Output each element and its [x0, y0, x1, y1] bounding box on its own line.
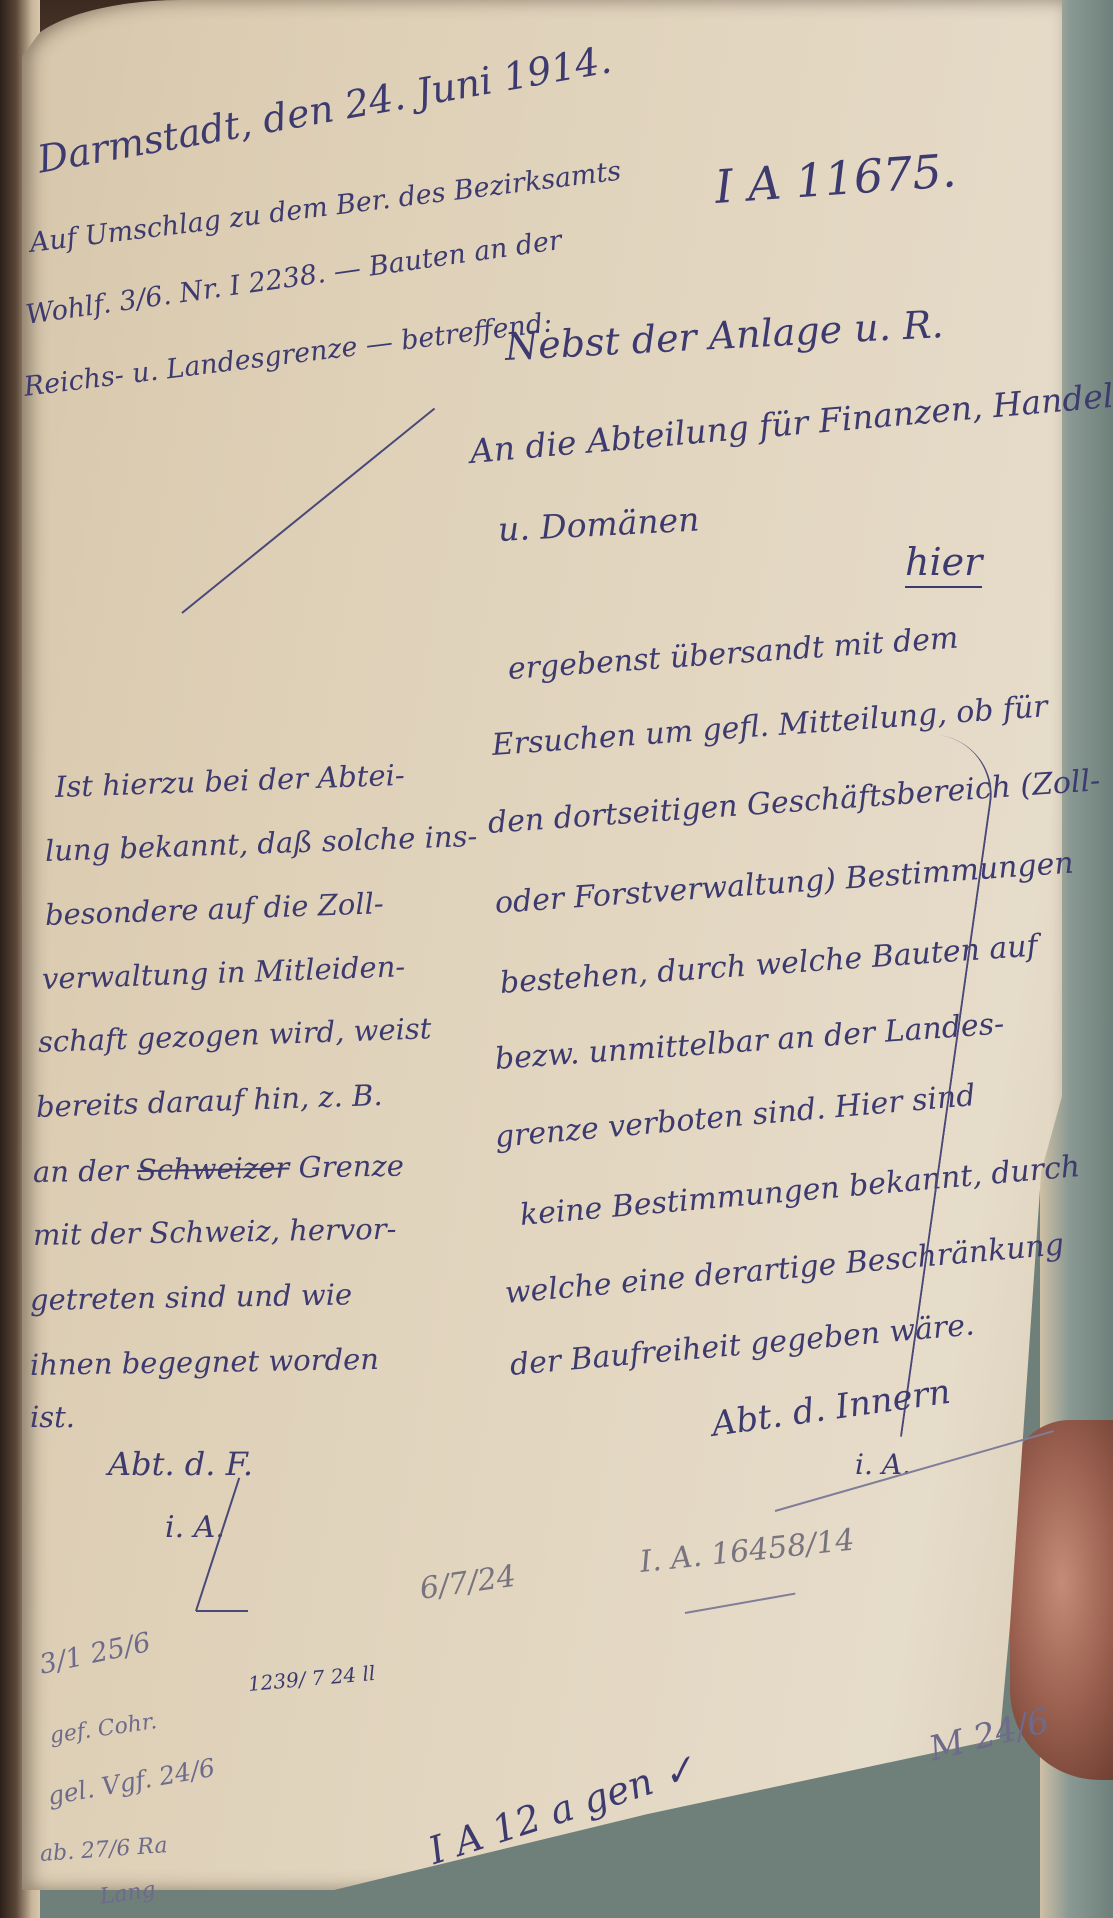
annotation-abt-line-1: Abt. d. F.	[108, 1445, 253, 1483]
annotation-abt-line-2: i. A.	[165, 1510, 225, 1545]
margin-line-8: mit der Schweiz, hervor-	[33, 1212, 397, 1252]
margin-line-7-suffix: Grenze	[298, 1149, 404, 1185]
l-mark-horizontal-decorative	[196, 1610, 248, 1612]
signature-initials: i. A.	[855, 1448, 911, 1481]
margin-line-11: ist.	[30, 1400, 75, 1434]
margin-line-7: an der Schweizer Grenze	[33, 1149, 404, 1189]
place-hier: hier	[905, 540, 982, 588]
margin-line-7-prefix: an der	[33, 1153, 128, 1189]
struck-word: Schweizer	[137, 1151, 290, 1188]
margin-line-9: getreten sind und wie	[30, 1277, 353, 1317]
margin-line-10: ihnen begegnet worden	[30, 1342, 380, 1382]
